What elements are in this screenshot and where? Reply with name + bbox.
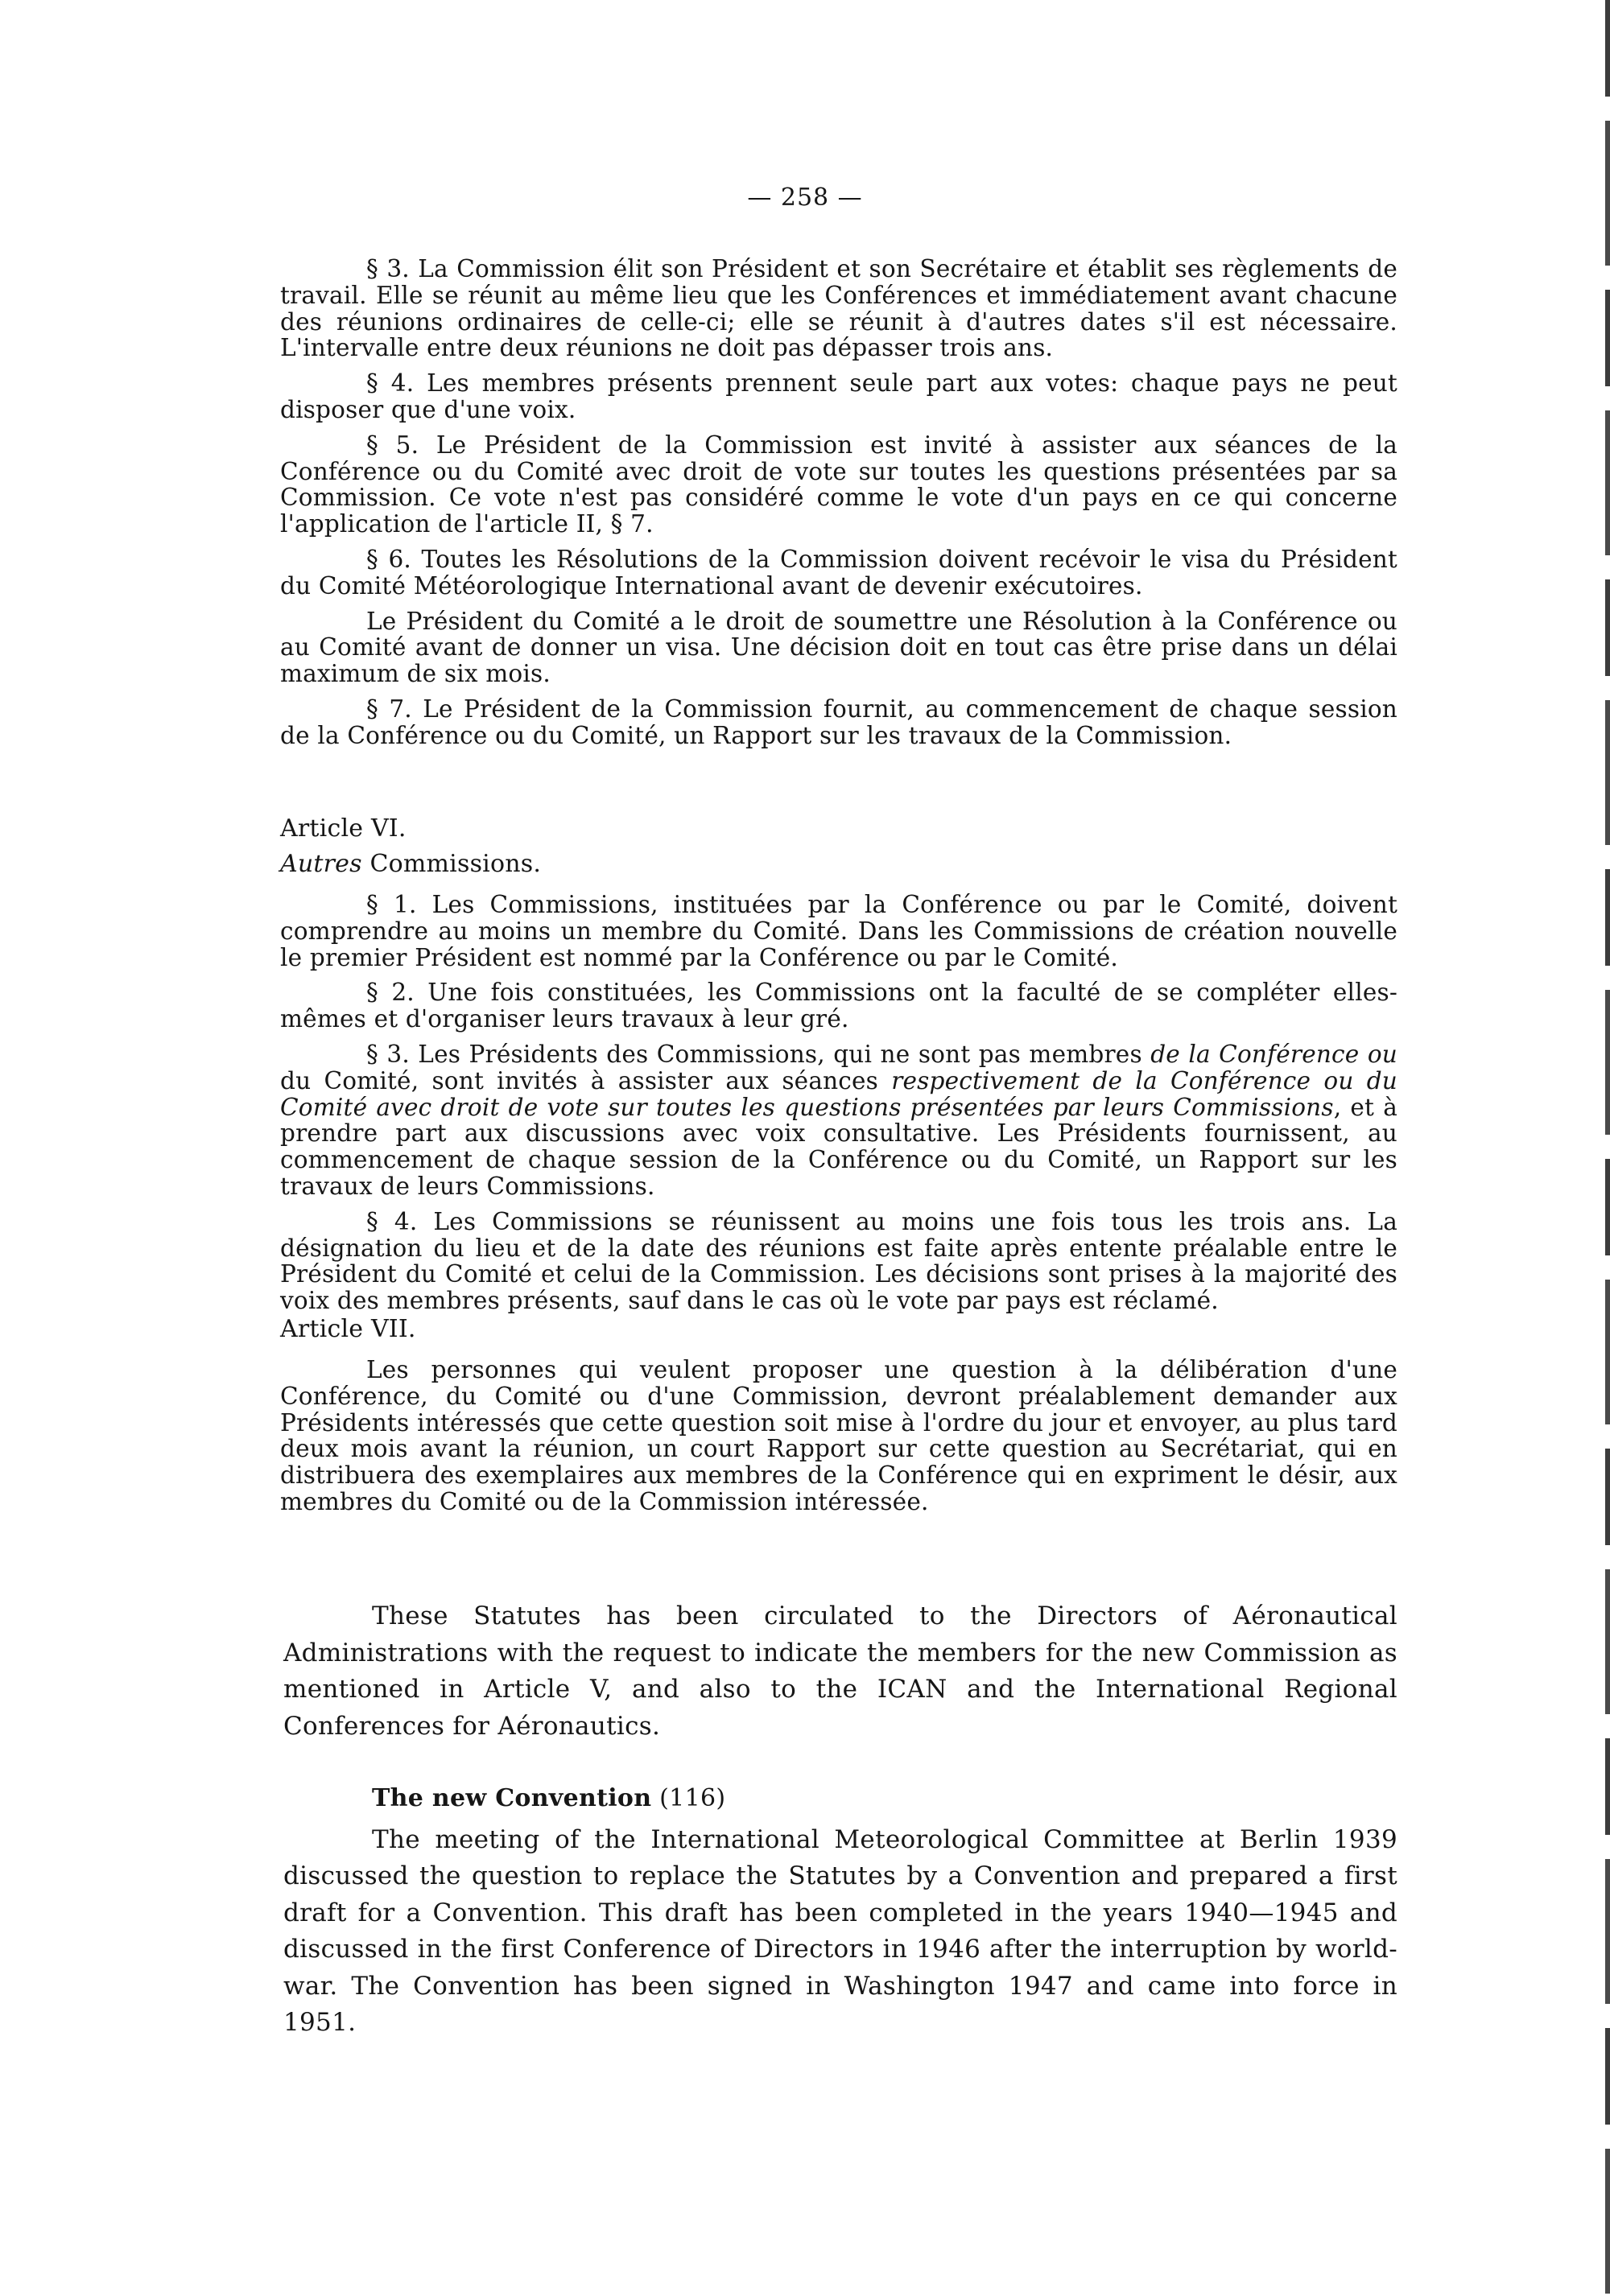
article-v-continued: § 3. La Commission élit son Président et…	[280, 256, 1397, 758]
paragraph-art5-s6: § 6. Toutes les Résolutions de la Commis…	[280, 546, 1397, 600]
new-convention-section: The new Convention (116) The meeting of …	[283, 1780, 1397, 2042]
page-number: — 258 —	[0, 183, 1610, 212]
paragraph-art7: Les personnes qui veulent proposer une q…	[280, 1357, 1397, 1515]
paragraph-art5-s7: § 7. Le Président de la Commission fourn…	[280, 696, 1397, 749]
article-vi-heading: Article VI.	[280, 815, 1397, 842]
section-title-ref: (116)	[651, 1784, 725, 1812]
paragraph-new-convention: The meeting of the International Meteoro…	[283, 1822, 1397, 2042]
paragraph-art6-s3: § 3. Les Présidents des Commissions, qui…	[280, 1041, 1397, 1200]
text-run: du Comité, sont invités à assister aux s…	[280, 1067, 891, 1094]
article-vi-subheading: Autres Commissions.	[280, 851, 1397, 877]
statutes-note: These Statutes has been circulated to th…	[283, 1598, 1397, 1745]
paragraph-art5-s5: § 5. Le Président de la Commission est i…	[280, 432, 1397, 538]
section-title-text: The new Convention	[372, 1784, 651, 1812]
scan-edge-artifact	[1605, 0, 1610, 2296]
italic-run: de la Conférence ou	[1150, 1041, 1397, 1068]
article-vii-heading: Article VII.	[280, 1316, 1397, 1342]
section-title: The new Convention (116)	[283, 1780, 1397, 1817]
paragraph-statutes-note: These Statutes has been circulated to th…	[283, 1598, 1397, 1745]
article-vi: Article VI. Autres Commissions. § 1. Les…	[280, 815, 1397, 1524]
paragraph-art5-s3: § 3. La Commission élit son Président et…	[280, 256, 1397, 361]
subheading-italic: Autres	[280, 850, 362, 878]
paragraph-art6-s1: § 1. Les Commissions, instituées par la …	[280, 892, 1397, 971]
paragraph-art5-s6-note: Le Président du Comité a le droit de sou…	[280, 608, 1397, 687]
paragraph-art6-s4: § 4. Les Commissions se réunissent au mo…	[280, 1209, 1397, 1314]
paragraph-art5-s4: § 4. Les membres présents prennent seule…	[280, 370, 1397, 423]
text-run: § 3. Les Présidents des Commissions, qui…	[366, 1041, 1150, 1068]
paragraph-art6-s2: § 2. Une fois constituées, les Commissio…	[280, 979, 1397, 1033]
subheading-rest: Commissions.	[362, 850, 541, 878]
